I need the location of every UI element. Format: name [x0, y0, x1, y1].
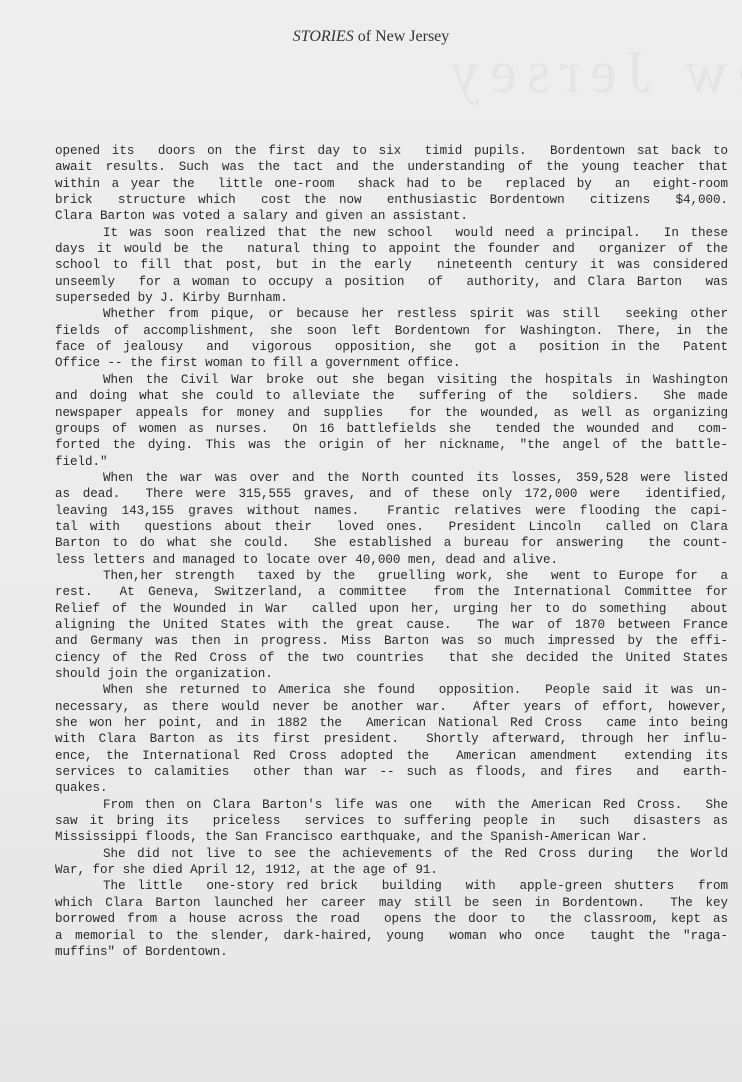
text-line: which Clara Barton launched her career m…: [55, 895, 728, 911]
text-line: aligning the United States with the grea…: [55, 617, 728, 633]
text-line: It was soon realized that the new school…: [55, 225, 728, 241]
text-line: brick structure which cost the now enthu…: [55, 192, 728, 208]
text-line: saw it bring its priceless services to s…: [55, 813, 728, 829]
text-line: Clara Barton was voted a salary and give…: [55, 208, 728, 224]
paragraph: The little one-story red brick building …: [55, 878, 728, 960]
text-line: less letters and managed to locate over …: [55, 552, 728, 568]
paragraph: When the Civil War broke out she began v…: [55, 372, 728, 470]
text-line: From then on Clara Barton's life was one…: [55, 797, 728, 813]
text-line: unseemly for a woman to occupy a positio…: [55, 274, 728, 290]
text-line: Mississippi floods, the San Francisco ea…: [55, 829, 728, 845]
text-line: leaving 143,155 graves without names. Fr…: [55, 503, 728, 519]
paragraph: It was soon realized that the new school…: [55, 225, 728, 307]
text-line: Whether from pique, or because her restl…: [55, 306, 728, 322]
text-line: She did not live to see the achievements…: [55, 846, 728, 862]
text-line: school to fill that post, but in the ear…: [55, 257, 728, 273]
text-line: tal with questions about their loved one…: [55, 519, 728, 535]
text-line: services to calamities other than war --…: [55, 764, 728, 780]
text-line: The little one-story red brick building …: [55, 878, 728, 894]
text-line: Barton to do what she could. She establi…: [55, 535, 728, 551]
paragraph: opened its doors on the first day to six…: [55, 143, 728, 225]
paragraph: From then on Clara Barton's life was one…: [55, 797, 728, 846]
text-line: fields of accomplishment, she soon left …: [55, 323, 728, 339]
text-line: muffins" of Bordentown.: [55, 944, 728, 960]
text-line: field.": [55, 454, 728, 470]
paragraph: When she returned to America she found o…: [55, 682, 728, 796]
text-line: and Germany was then in progress. Miss B…: [55, 633, 728, 649]
text-line: as dead. There were 315,555 graves, and …: [55, 486, 728, 502]
text-line: and doing what she could to alleviate th…: [55, 388, 728, 404]
text-line: within a year the little one-room shack …: [55, 176, 728, 192]
header-title-italic: STORIES: [293, 28, 354, 45]
text-line: should join the organization.: [55, 666, 728, 682]
text-line: face of jealousy and vigorous opposition…: [55, 339, 728, 355]
text-line: groups of women as nurses. On 16 battlef…: [55, 421, 728, 437]
text-line: newspaper appeals for money and supplies…: [55, 405, 728, 421]
header-title-rest: of New Jersey: [354, 28, 450, 45]
paragraph: She did not live to see the achievements…: [55, 846, 728, 879]
text-line: When the war was over and the North coun…: [55, 470, 728, 486]
bleed-through-text: STORIES of New Jersey: [440, 38, 742, 107]
text-line: opened its doors on the first day to six…: [55, 143, 728, 159]
running-header: STORIES of New Jersey: [0, 28, 742, 46]
paragraph: Whether from pique, or because her restl…: [55, 306, 728, 371]
text-line: forted the dying. This was the origin of…: [55, 437, 728, 453]
text-line: Relief of the Wounded in War called upon…: [55, 601, 728, 617]
text-line: borrowed from a house across the road op…: [55, 911, 728, 927]
paragraph: When the war was over and the North coun…: [55, 470, 728, 568]
text-line: with Clara Barton as its first president…: [55, 731, 728, 747]
article-body: opened its doors on the first day to six…: [55, 143, 728, 960]
text-line: days it would be the natural thing to ap…: [55, 241, 728, 257]
scanned-page: STORIES of New Jersey STORIES of New Jer…: [0, 0, 742, 1082]
paragraph: Then,her strength taxed by the gruelling…: [55, 568, 728, 682]
text-line: When she returned to America she found o…: [55, 682, 728, 698]
text-line: Office -- the first woman to fill a gove…: [55, 355, 728, 371]
text-line: superseded by J. Kirby Burnham.: [55, 290, 728, 306]
text-line: she won her point, and in 1882 the Ameri…: [55, 715, 728, 731]
text-line: War, for she died April 12, 1912, at the…: [55, 862, 728, 878]
text-line: ence, the International Red Cross adopte…: [55, 748, 728, 764]
text-line: Then,her strength taxed by the gruelling…: [55, 568, 728, 584]
text-line: ciency of the Red Cross of the two count…: [55, 650, 728, 666]
text-line: quakes.: [55, 780, 728, 796]
text-line: rest. At Geneva, Switzerland, a committe…: [55, 584, 728, 600]
text-line: a memorial to the slender, dark-haired, …: [55, 928, 728, 944]
text-line: await results. Such was the tact and the…: [55, 159, 728, 175]
text-line: necessary, as there would never be anoth…: [55, 699, 728, 715]
text-line: When the Civil War broke out she began v…: [55, 372, 728, 388]
